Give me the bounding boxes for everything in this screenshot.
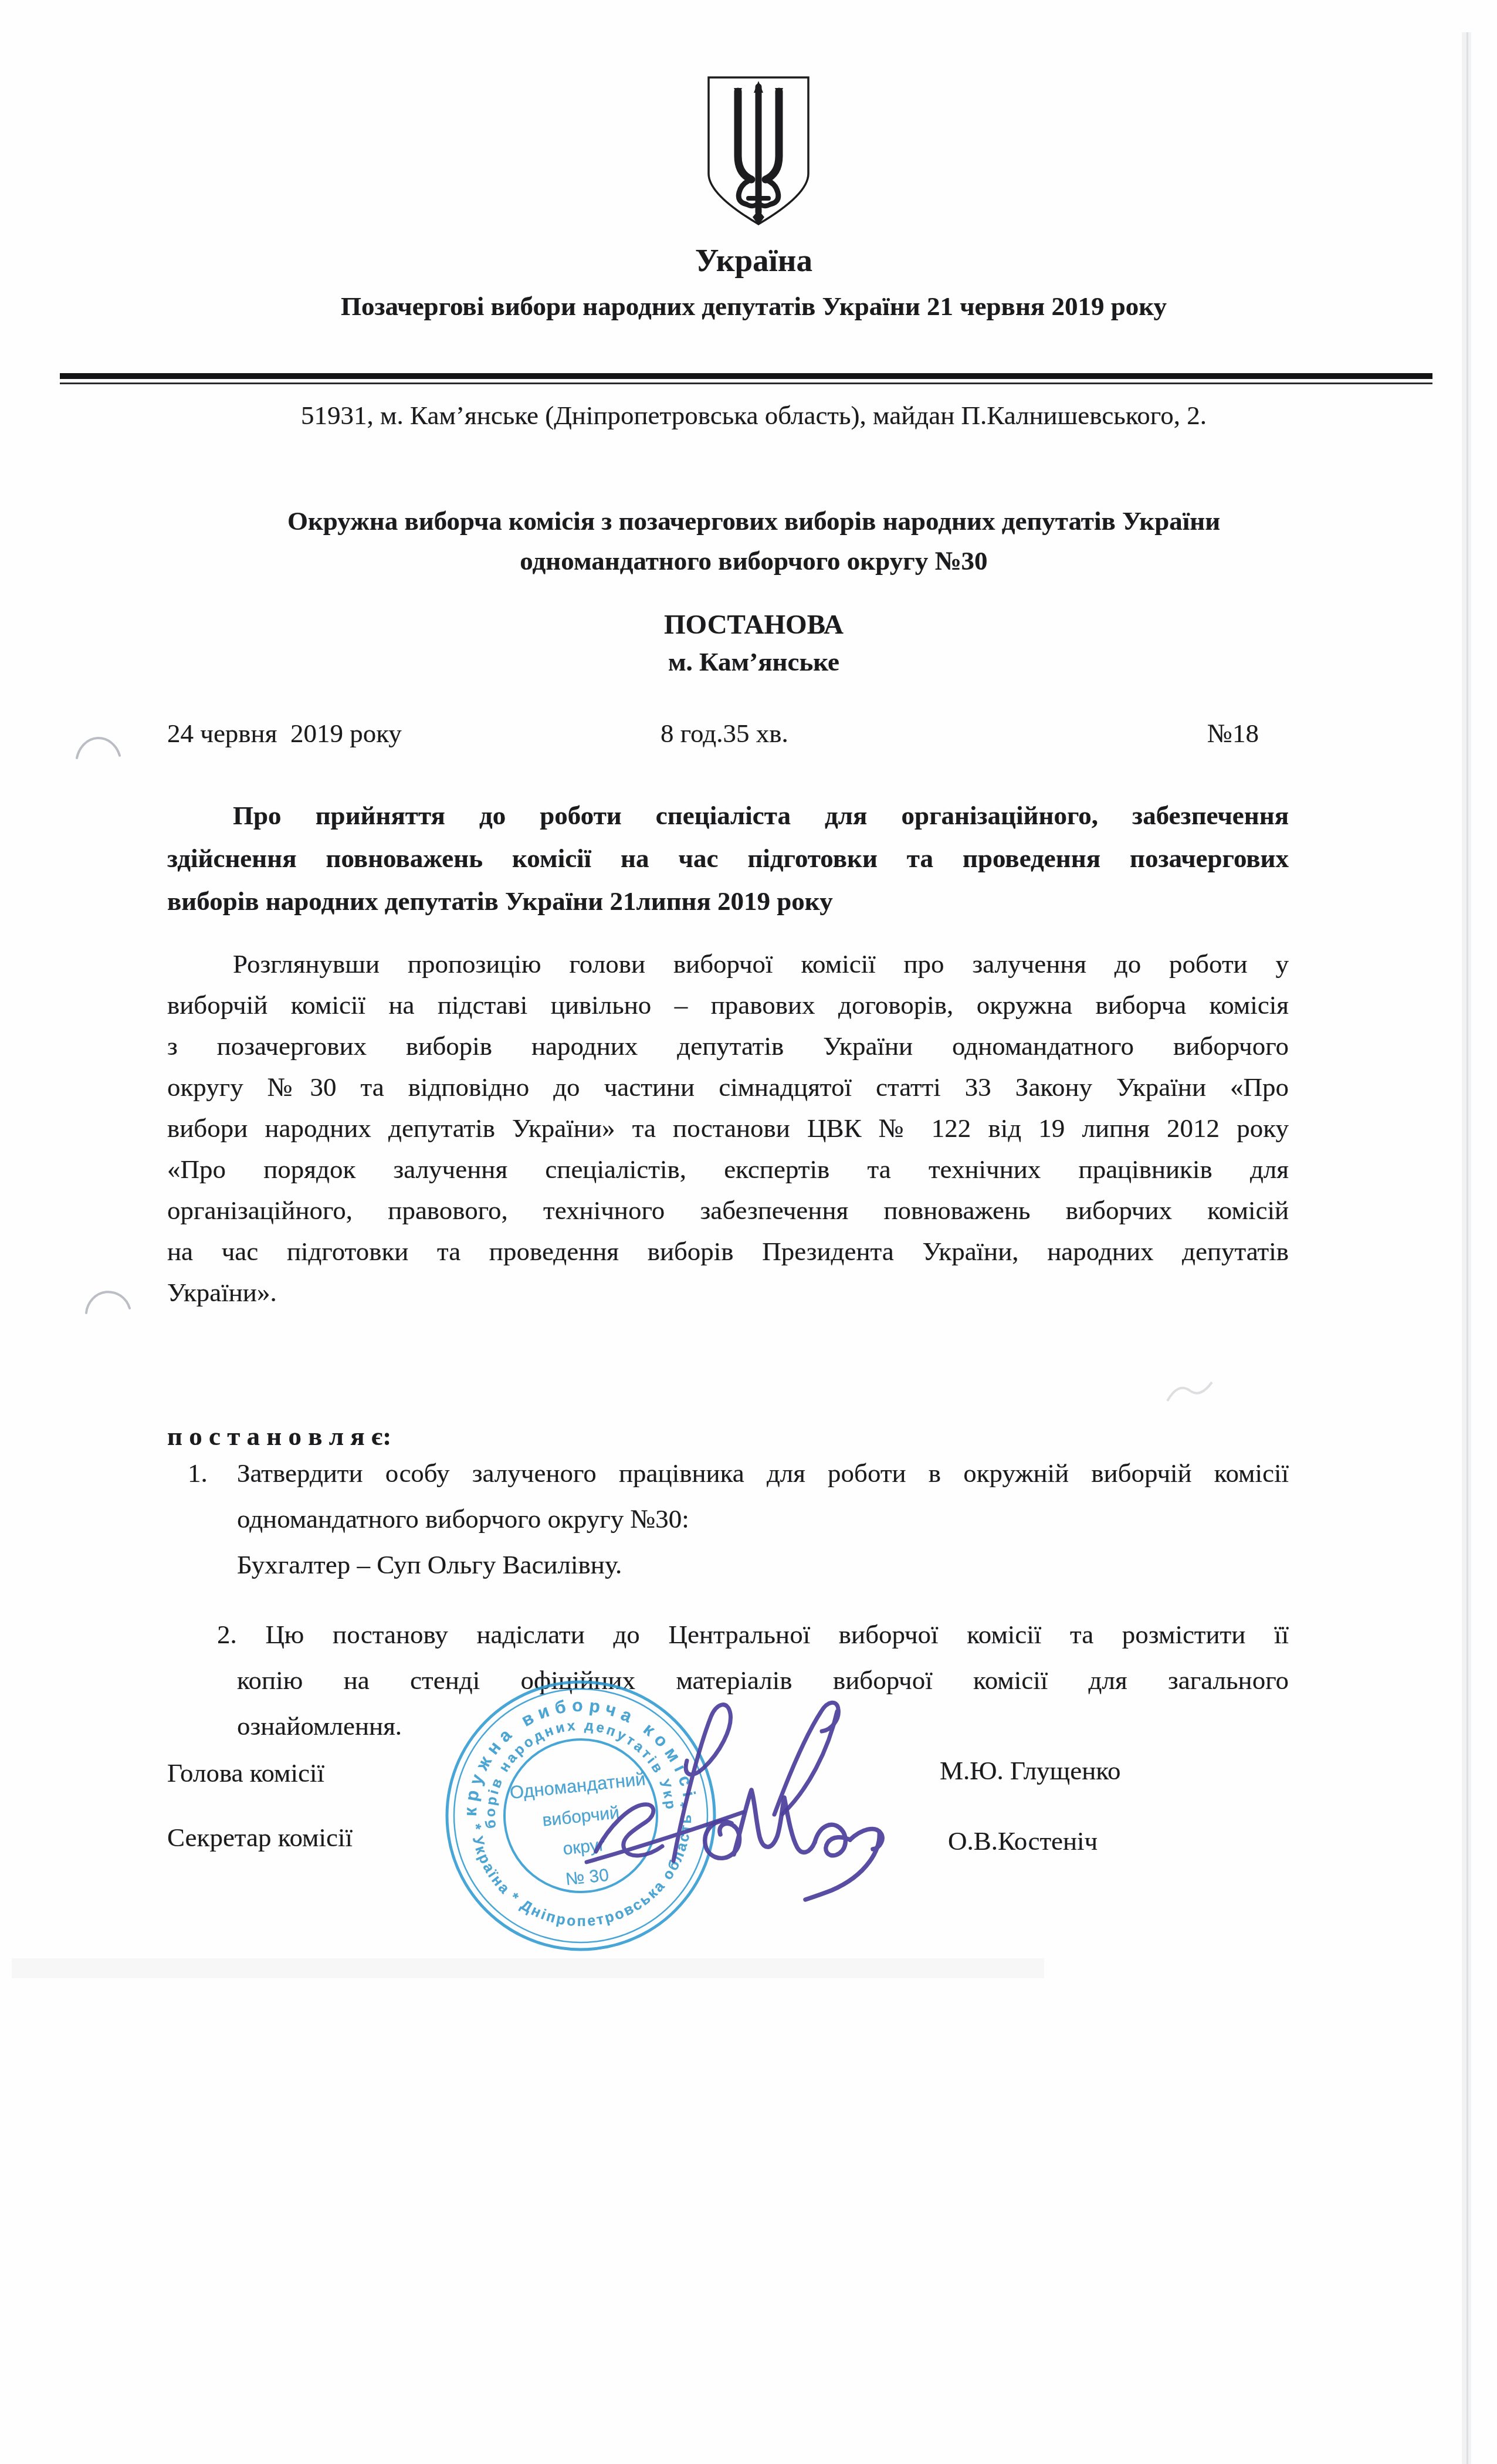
scanned-document-page: Україна Позачергові вибори народних депу… xyxy=(0,0,1497,2464)
scan-noise-band xyxy=(12,1958,1044,1978)
pen-mark-arc-1 xyxy=(77,738,120,758)
scan-artifacts xyxy=(0,0,1497,2464)
pencil-smudge xyxy=(1167,1382,1212,1401)
scan-edge-line xyxy=(1466,32,1468,2464)
pen-mark-arc-2 xyxy=(86,1292,130,1313)
